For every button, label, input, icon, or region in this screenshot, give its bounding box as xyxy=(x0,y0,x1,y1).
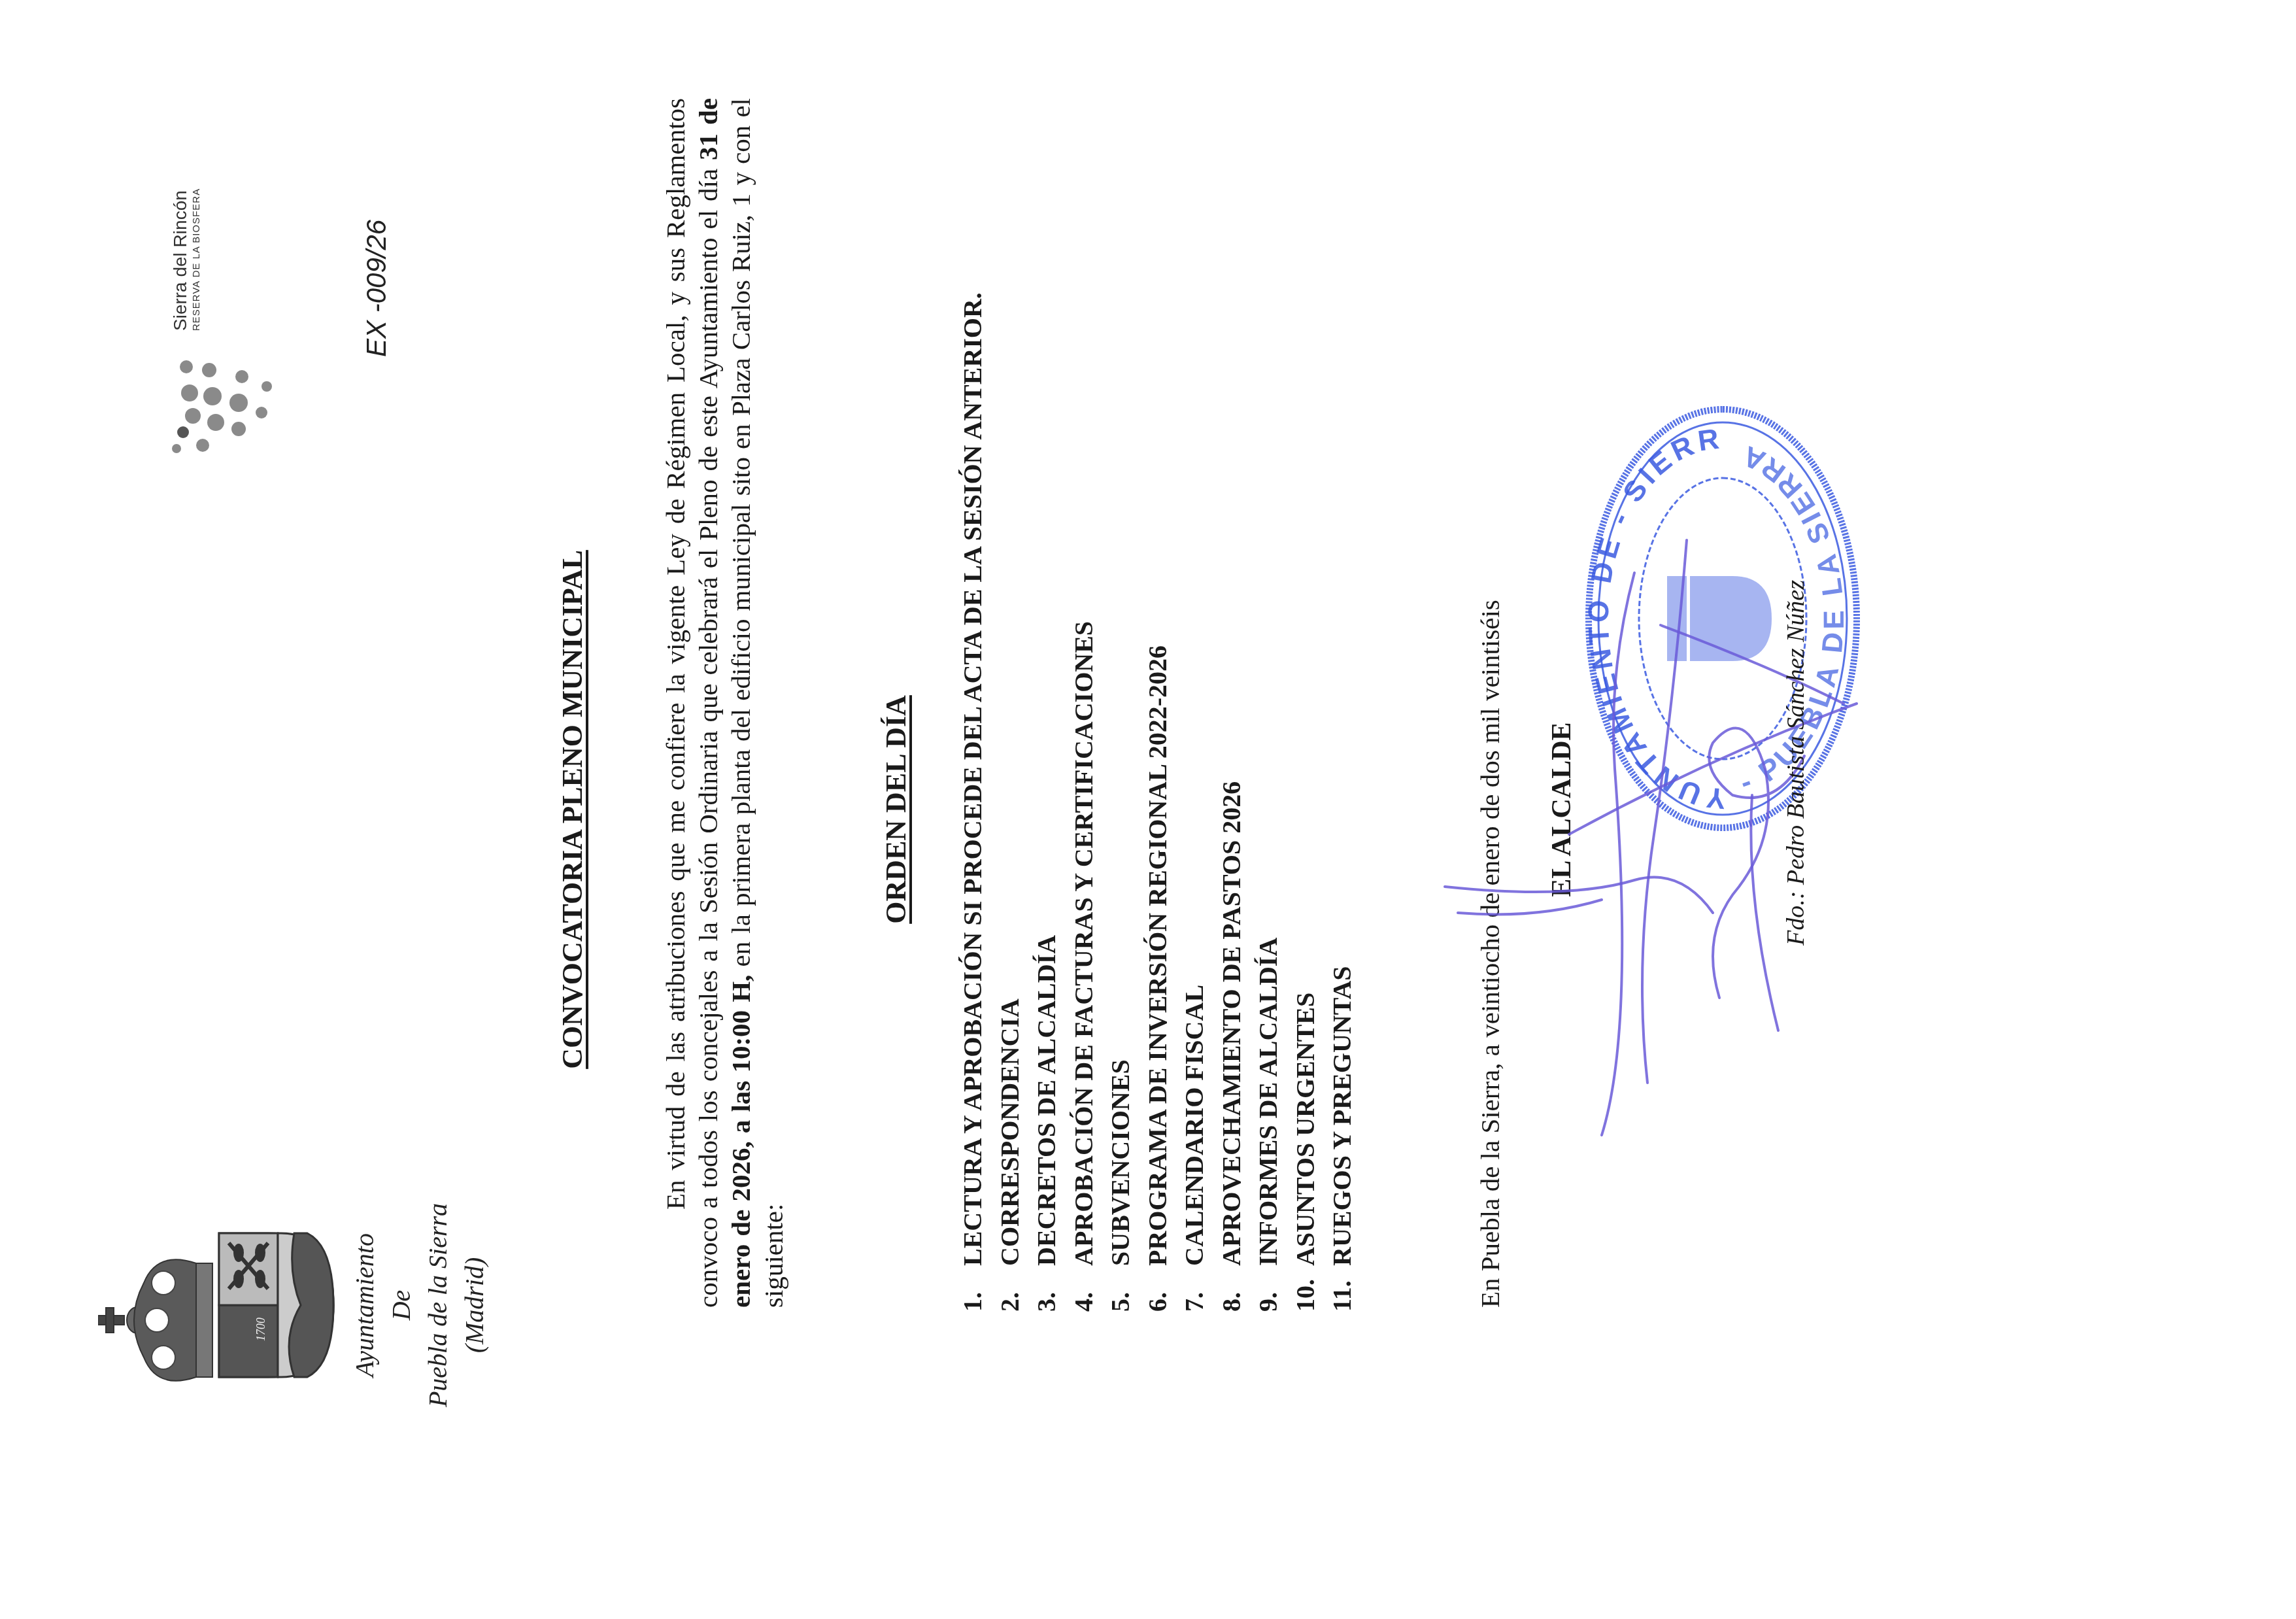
document-page: 1700 Ayuntamiento De Puebla de la Sierra… xyxy=(0,0,2296,1619)
coat-of-arms-icon: 1700 xyxy=(98,1207,340,1403)
agenda-item-text: CORRESPONDENCIA xyxy=(992,998,1029,1266)
agenda-item-text: ASUNTOS URGENTES xyxy=(1287,993,1325,1266)
agenda-item-number: 9. xyxy=(1250,1266,1287,1312)
agenda-item: 10.ASUNTOS URGENTES xyxy=(1287,69,1325,1312)
agenda-item-number: 7. xyxy=(1176,1266,1213,1312)
logo-title: Sierra del Rincón xyxy=(170,188,191,331)
municipality-name: Ayuntamiento De Puebla de la Sierra (Mad… xyxy=(346,1148,493,1462)
logo-subtitle: RESERVA DE LA BIOSFERA xyxy=(191,188,203,331)
agenda-item: 1.LECTURA Y APROBACIÓN SI PROCEDE DEL AC… xyxy=(954,69,992,1312)
svg-text:1700: 1700 xyxy=(254,1318,267,1341)
convocation-paragraph: En virtud de las atribuciones que me con… xyxy=(659,98,790,1308)
document-title: CONVOCATORIA PLENO MUNICIPAL xyxy=(556,0,589,1619)
agenda-heading: ORDEN DEL DÍA xyxy=(879,0,913,1619)
municipality-line-1: Ayuntamiento xyxy=(346,1148,383,1462)
agenda-item-number: 4. xyxy=(1066,1266,1103,1312)
signed-by: Fdo.: Pedro Bautista Sánchez Núñez xyxy=(1781,580,1810,946)
agenda-item-text: LECTURA Y APROBACIÓN SI PROCEDE DEL ACTA… xyxy=(954,292,992,1266)
reference-number: EX -009/26 xyxy=(361,220,392,357)
agenda-item: 11.RUEGOS Y PREGUNTAS xyxy=(1324,69,1361,1312)
agenda-item-text: CALENDARIO FISCAL xyxy=(1176,985,1213,1266)
agenda-item-number: 1. xyxy=(954,1266,992,1312)
agenda-item: 9.INFORMES DE ALCALDÍA xyxy=(1250,69,1287,1312)
agenda-item-text: SUBVENCIONES xyxy=(1102,1059,1140,1266)
agenda-item-number: 8. xyxy=(1213,1266,1251,1312)
agenda-item-text: DECRETOS DE ALCALDÍA xyxy=(1028,935,1066,1266)
agenda-item: 2.CORRESPONDENCIA xyxy=(992,69,1029,1312)
agenda-item: 8.APROVECHAMIENTO DE PASTOS 2026 xyxy=(1213,69,1251,1312)
agenda-item-number: 2. xyxy=(992,1266,1029,1312)
agenda-item-number: 5. xyxy=(1102,1266,1140,1312)
municipality-line-2: De xyxy=(383,1148,420,1462)
dots-logo-icon xyxy=(163,337,275,468)
agenda-item-number: 10. xyxy=(1287,1266,1325,1312)
agenda-item-text: APROBACIÓN DE FACTURAS Y CERTIFICACIONES xyxy=(1066,621,1103,1266)
agenda-item-text: INFORMES DE ALCALDÍA xyxy=(1250,938,1287,1266)
municipality-line-4: (Madrid) xyxy=(456,1148,493,1462)
agenda-item-number: 3. xyxy=(1028,1266,1066,1312)
sierra-del-rincon-logo: Sierra del Rincón RESERVA DE LA BIOSFERA xyxy=(163,128,281,468)
paragraph-text-1: En virtud de las atribuciones que me con… xyxy=(660,98,723,1308)
agenda-item: 4.APROBACIÓN DE FACTURAS Y CERTIFICACION… xyxy=(1066,69,1103,1312)
agenda-item: 5.SUBVENCIONES xyxy=(1102,69,1140,1312)
agenda-list: 1.LECTURA Y APROBACIÓN SI PROCEDE DEL AC… xyxy=(954,69,1361,1312)
agenda-item-text: RUEGOS Y PREGUNTAS xyxy=(1324,966,1361,1266)
agenda-item: 3.DECRETOS DE ALCALDÍA xyxy=(1028,69,1066,1312)
municipality-line-3: Puebla de la Sierra xyxy=(420,1148,456,1462)
agenda-item: 7.CALENDARIO FISCAL xyxy=(1176,69,1213,1312)
agenda-item: 6.PROGRAMA DE INVERSIÓN REGIONAL 2022-20… xyxy=(1140,69,1177,1312)
agenda-item-text: PROGRAMA DE INVERSIÓN REGIONAL 2022-2026 xyxy=(1140,645,1177,1266)
agenda-item-number: 11. xyxy=(1324,1266,1361,1312)
agenda-item-text: APROVECHAMIENTO DE PASTOS 2026 xyxy=(1213,781,1251,1266)
agenda-item-number: 6. xyxy=(1140,1266,1177,1312)
